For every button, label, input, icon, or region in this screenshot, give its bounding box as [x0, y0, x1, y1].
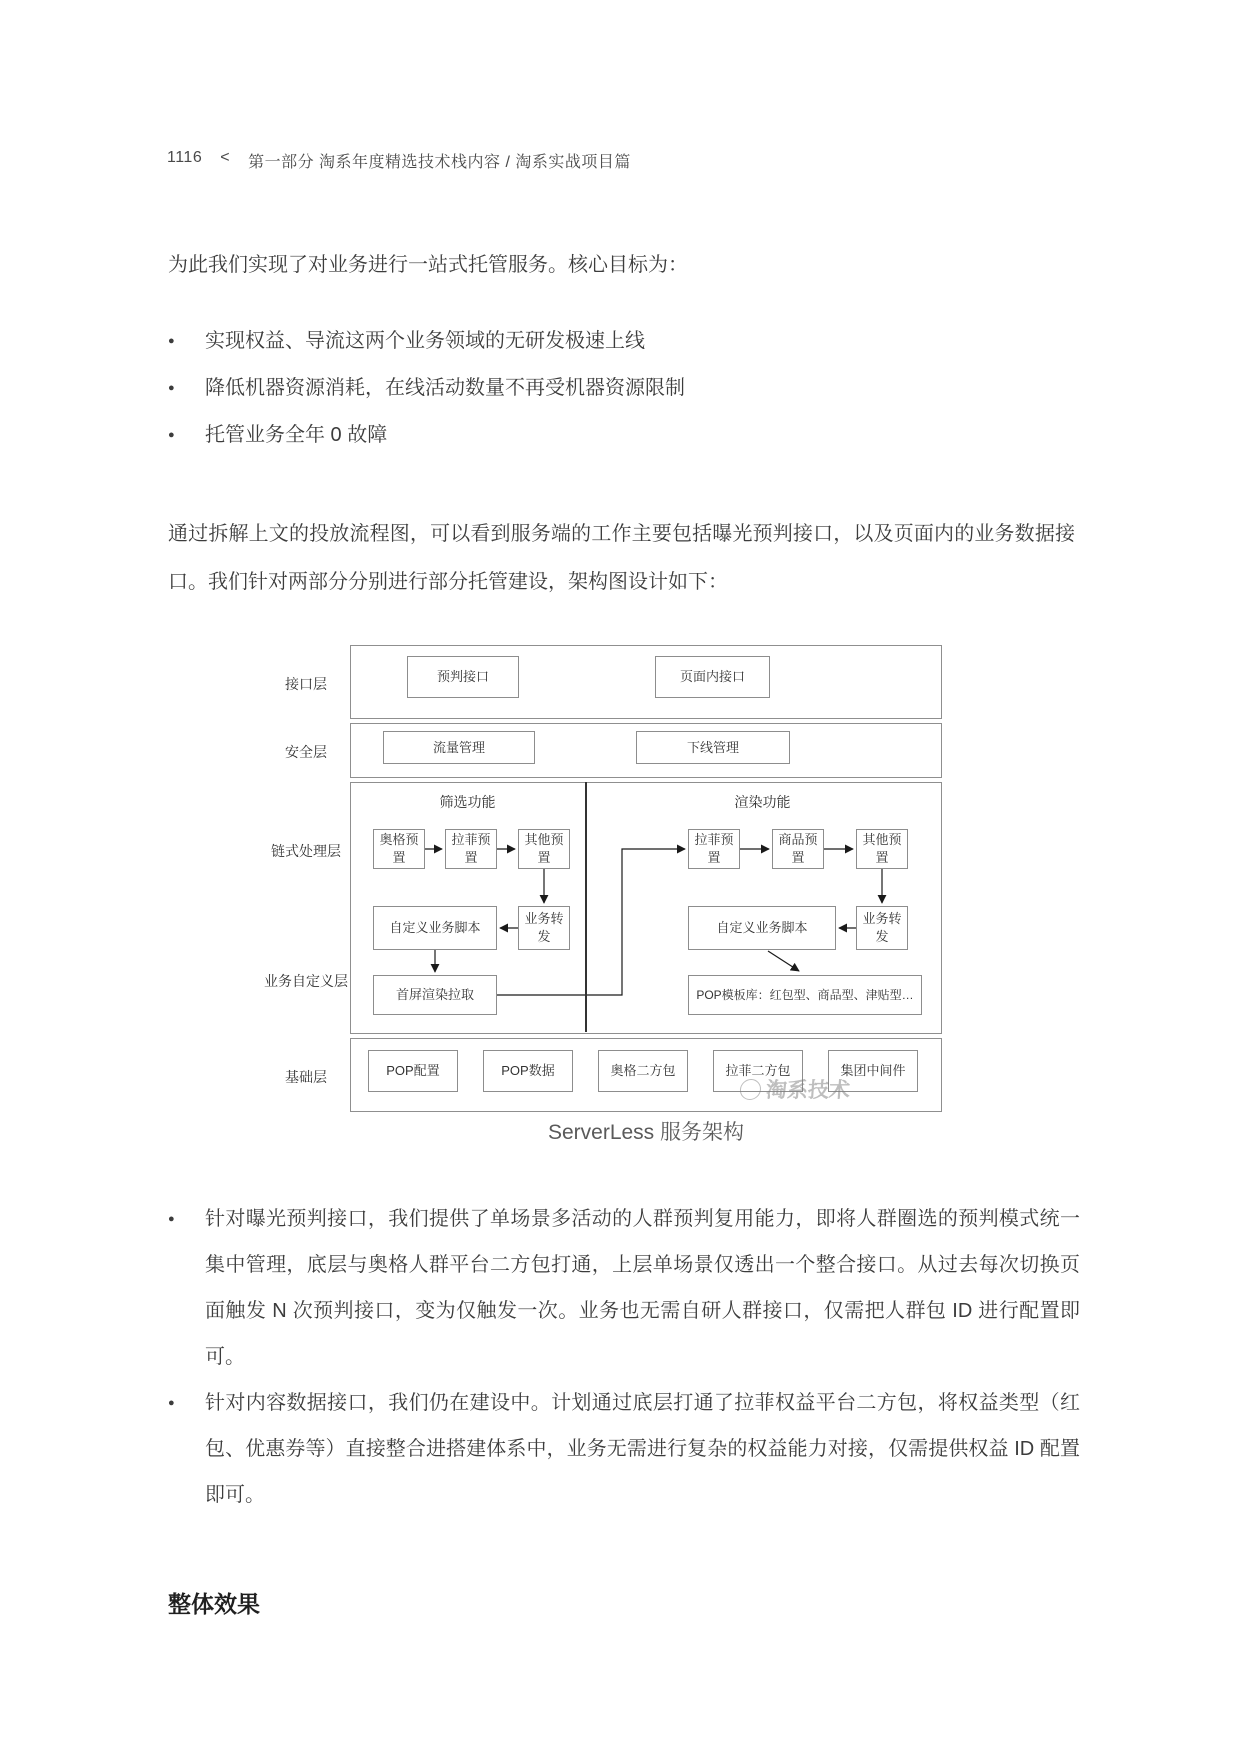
detail-bullet-text: 针对曝光预判接口，我们提供了单场景多活动的人群预判复用能力，即将人群圈选的预判模… [205, 1196, 1080, 1380]
diagram-box-pop-config: POP配置 [368, 1050, 458, 1092]
section-heading: 整体效果 [168, 1586, 260, 1619]
diagram-box-other-preset: 其他预置 [856, 829, 908, 869]
goals-list: 实现权益、导流这两个业务领域的无研发极速上线 降低机器资源消耗，在线活动数量不再… [168, 318, 1075, 459]
body-paragraph: 通过拆解上文的投放流程图，可以看到服务端的工作主要包括曝光预判接口，以及页面内的… [168, 510, 1075, 606]
layer-label-interface: 接口层 [262, 674, 350, 694]
page-header: 1116 < 第一部分 淘系年度精选技术栈内容 / 淘系实战项目篇 [167, 149, 631, 172]
layer-label-chain: 链式处理层 [262, 841, 350, 861]
goal-item: 实现权益、导流这两个业务领域的无研发极速上线 [168, 318, 1075, 365]
breadcrumb: 第一部分 淘系年度精选技术栈内容 / 淘系实战项目篇 [248, 149, 631, 172]
diagram-box-custom-script: 自定义业务脚本 [688, 906, 836, 950]
diagram-box-other-preset: 其他预置 [518, 829, 570, 869]
detail-bullet-text: 针对内容数据接口，我们仍在建设中。计划通过底层打通了拉菲权益平台二方包，将权益类… [205, 1380, 1080, 1518]
goal-text: 实现权益、导流这两个业务领域的无研发极速上线 [205, 318, 645, 365]
goal-text: 降低机器资源消耗，在线活动数量不再受机器资源限制 [205, 365, 685, 412]
diagram-box-custom-script: 自定义业务脚本 [373, 906, 497, 950]
chain-layer-divider [585, 782, 587, 1032]
layer-label-custom: 业务自定义层 [262, 971, 350, 991]
diagram-box-biz-forward: 业务转发 [518, 906, 570, 950]
diagram-box-first-screen: 首屏渲染拉取 [373, 975, 497, 1015]
diagram-box-traffic-mgmt: 流量管理 [383, 731, 535, 764]
page-number: 1116 [167, 149, 202, 172]
diagram-box-aoge-preset: 奥格预置 [373, 829, 425, 869]
diagram-caption: ServerLess 服务架构 [350, 1116, 942, 1146]
goal-item: 降低机器资源消耗，在线活动数量不再受机器资源限制 [168, 365, 1075, 412]
header-separator: < [220, 149, 230, 172]
architecture-diagram: 接口层 安全层 链式处理层 业务自定义层 基础层 预判接口 页面内接口 流量管理… [262, 640, 952, 1118]
layer-label-base: 基础层 [262, 1067, 350, 1087]
diagram-box-group-middleware: 集团中间件 [828, 1050, 918, 1092]
detail-bullet-item: 针对曝光预判接口，我们提供了单场景多活动的人群预判复用能力，即将人群圈选的预判模… [168, 1196, 1080, 1380]
goal-item: 托管业务全年 0 故障 [168, 412, 1075, 459]
diagram-box-lafei-sdk: 拉菲二方包 [713, 1050, 803, 1092]
filter-function-title: 筛选功能 [350, 792, 585, 812]
intro-paragraph: 为此我们实现了对业务进行一站式托管服务。核心目标为： [168, 250, 1075, 280]
diagram-box-lafei-preset: 拉菲预置 [688, 829, 740, 869]
diagram-box-aoge-sdk: 奥格二方包 [598, 1050, 688, 1092]
diagram-box-lafei-preset: 拉菲预置 [445, 829, 497, 869]
goal-text: 托管业务全年 0 故障 [205, 412, 387, 459]
diagram-box-product-preset: 商品预置 [772, 829, 824, 869]
detail-bullet-list: 针对曝光预判接口，我们提供了单场景多活动的人群预判复用能力，即将人群圈选的预判模… [168, 1196, 1080, 1518]
render-function-title: 渲染功能 [585, 792, 940, 812]
diagram-box-predict-api: 预判接口 [407, 656, 519, 698]
diagram-box-in-page-api: 页面内接口 [655, 656, 770, 698]
layer-label-security: 安全层 [262, 742, 350, 762]
diagram-box-offline-mgmt: 下线管理 [636, 731, 790, 764]
diagram-box-pop-data: POP数据 [483, 1050, 573, 1092]
document-page: 1116 < 第一部分 淘系年度精选技术栈内容 / 淘系实战项目篇 为此我们实现… [0, 0, 1240, 1755]
diagram-box-biz-forward: 业务转发 [856, 906, 908, 950]
diagram-box-pop-template-lib: POP模板库：红包型、商品型、津贴型… [688, 975, 922, 1015]
detail-bullet-item: 针对内容数据接口，我们仍在建设中。计划通过底层打通了拉菲权益平台二方包，将权益类… [168, 1380, 1080, 1518]
